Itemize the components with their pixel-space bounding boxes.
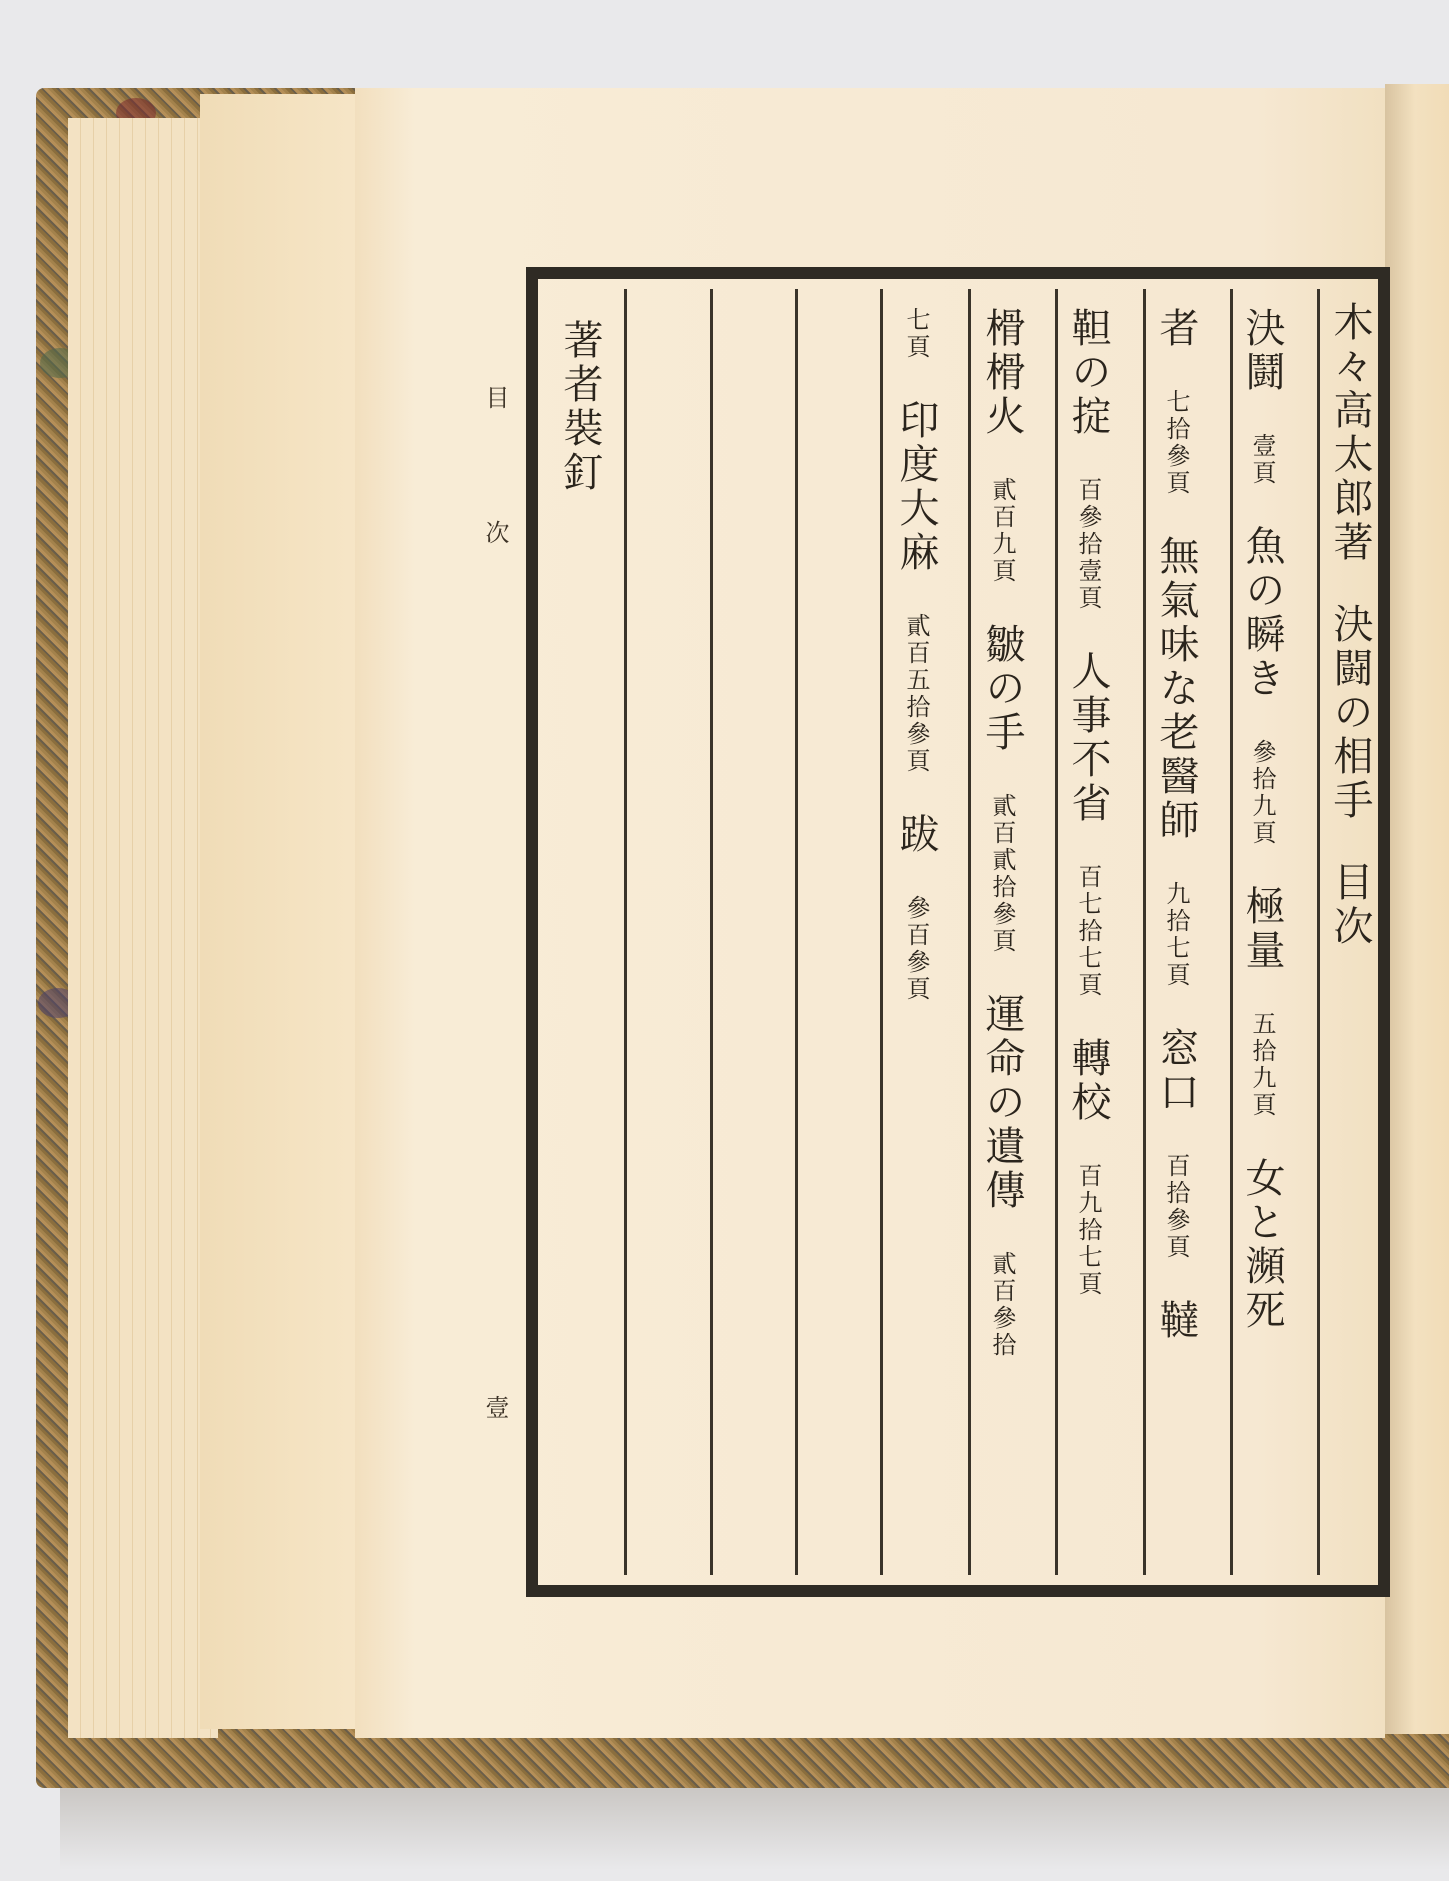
toc-entry-title: 轉校 [1065, 1037, 1111, 1125]
header-title: 決闘の相手 [1327, 603, 1373, 823]
column-rule [1055, 289, 1058, 1575]
column-rule [710, 289, 713, 1575]
toc-entry-page: 貳百參拾 [988, 1251, 1016, 1359]
toc-column-binding: 著者裝釘 [560, 319, 600, 495]
toc-entry-title: 靼の掟 [1065, 307, 1111, 439]
toc-entry-title: 窓口 [1153, 1027, 1199, 1115]
column-rule [624, 289, 627, 1575]
toc-entry-title: 者 [1153, 307, 1199, 351]
margin-label-mid: 次 [478, 520, 513, 544]
toc-entry-title: 榾榾火 [979, 307, 1025, 439]
toc-column-5: 七頁印度大麻貳百五拾參頁跋參百參頁 [896, 307, 936, 1003]
book-shadow [60, 1780, 1449, 1870]
margin-label-top: 目 [478, 385, 513, 409]
toc-entry-page: 參拾九頁 [1248, 739, 1276, 847]
toc-entry-page: 貳百五拾參頁 [902, 613, 930, 775]
column-rule [1317, 289, 1320, 1575]
right-page-edge [1385, 84, 1449, 1734]
binding-credit: 著者裝釘 [557, 319, 603, 495]
column-rule [795, 289, 798, 1575]
toc-entry-title: 人事不省 [1065, 650, 1111, 826]
left-page-fold [200, 94, 380, 1729]
toc-entry-page: 九拾七頁 [1162, 881, 1190, 989]
toc-column-3: 靼の掟百參拾壹頁人事不省百七拾七頁轉校百九拾七頁 [1068, 307, 1108, 1298]
margin-page-number: 壹 [478, 1395, 513, 1419]
page-block-edge [68, 118, 218, 1738]
toc-entry-title: 運命の遺傳 [979, 993, 1025, 1213]
toc-column-1: 決鬪壹頁魚の瞬き參拾九頁極量五拾九頁女と瀕死 [1242, 307, 1282, 1333]
toc-entry-title: 無氣味な老醫師 [1153, 535, 1199, 843]
toc-entry-page: 貳百九頁 [988, 477, 1016, 585]
toc-entry-page: 百參拾壹頁 [1074, 477, 1102, 612]
toc-entry-page: 百九拾七頁 [1074, 1163, 1102, 1298]
toc-header: 木々高太郎著決闘の相手目次 [1330, 301, 1370, 949]
toc-entry-title: 決鬪 [1239, 307, 1285, 395]
toc-entry-page: 貳百貳拾參頁 [988, 793, 1016, 955]
toc-entry-page: 七拾參頁 [1162, 389, 1190, 497]
column-rule [968, 289, 971, 1575]
toc-entry-page: 參百參頁 [902, 895, 930, 1003]
toc-entry-title: 跋 [893, 813, 939, 857]
header-label: 目次 [1327, 861, 1373, 949]
toc-entry-title: 魚の瞬き [1239, 525, 1285, 701]
toc-entry-title: 女と瀕死 [1239, 1157, 1285, 1333]
column-rule [1143, 289, 1146, 1575]
toc-entry-page: 壹頁 [1248, 433, 1276, 487]
column-rule [880, 289, 883, 1575]
toc-entry-page: 百七拾七頁 [1074, 864, 1102, 999]
toc-entry-page: 百拾參頁 [1162, 1153, 1190, 1261]
toc-entry-page: 七頁 [902, 307, 930, 361]
toc-entry-title: 韃 [1153, 1299, 1199, 1343]
toc-entry-title: 印度大麻 [893, 399, 939, 575]
toc-column-4: 榾榾火貳百九頁皺の手貳百貳拾參頁運命の遺傳貳百參拾 [982, 307, 1022, 1359]
toc-entry-page: 五拾九頁 [1248, 1011, 1276, 1119]
header-author: 木々高太郎著 [1327, 301, 1373, 565]
toc-column-2: 者七拾參頁無氣味な老醫師九拾七頁窓口百拾參頁韃 [1156, 307, 1196, 1343]
column-rule [1230, 289, 1233, 1575]
toc-frame: 木々高太郎著決闘の相手目次 決鬪壹頁魚の瞬き參拾九頁極量五拾九頁女と瀕死 者七拾… [526, 267, 1390, 1597]
toc-entry-title: 皺の手 [979, 623, 1025, 755]
toc-entry-title: 極量 [1239, 885, 1285, 973]
